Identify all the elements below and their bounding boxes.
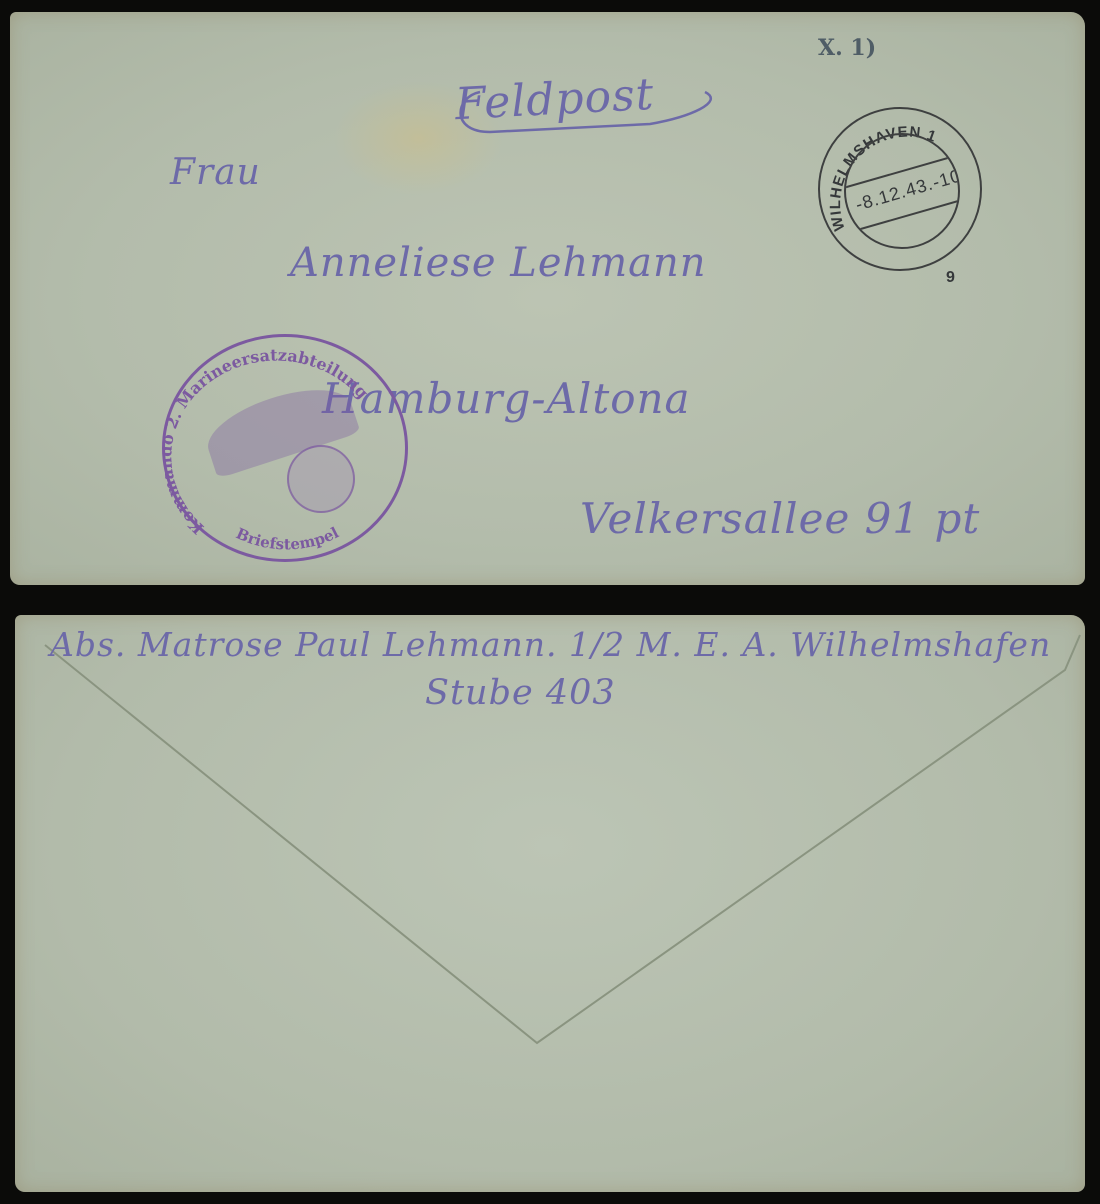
seal-bottom-text: Briefstempel: [233, 523, 342, 553]
postmark-cancel: WILHELMSHAVEN 1 -8.12.43.-10 9: [818, 107, 982, 271]
envelope-back: Abs. Matrose Paul Lehmann. 1/2 M. E. A. …: [15, 615, 1085, 1192]
sender-line-1: Abs. Matrose Paul Lehmann. 1/2 M. E. A. …: [50, 625, 1051, 664]
recipient-name: Anneliese Lehmann: [290, 240, 707, 286]
postmark-date: -8.12.43.-10: [853, 165, 960, 215]
feldpost-underline: [450, 62, 720, 142]
envelope-front: Feldpost X. 1) Frau Anneliese Lehmann Ha…: [10, 12, 1085, 585]
unit-seal-stamp: Kommando 2. Marineersatzabteilung Briefs…: [162, 334, 408, 562]
seal-top-text: Kommando 2. Marineersatzabteilung: [165, 346, 372, 538]
recipient-salutation: Frau: [170, 152, 261, 193]
pencil-note: X. 1): [818, 35, 876, 61]
recipient-street: Velkersallee 91 pt: [580, 494, 980, 543]
sender-line-2: Stube 403: [425, 673, 616, 713]
postmark-code: 9: [946, 269, 955, 287]
